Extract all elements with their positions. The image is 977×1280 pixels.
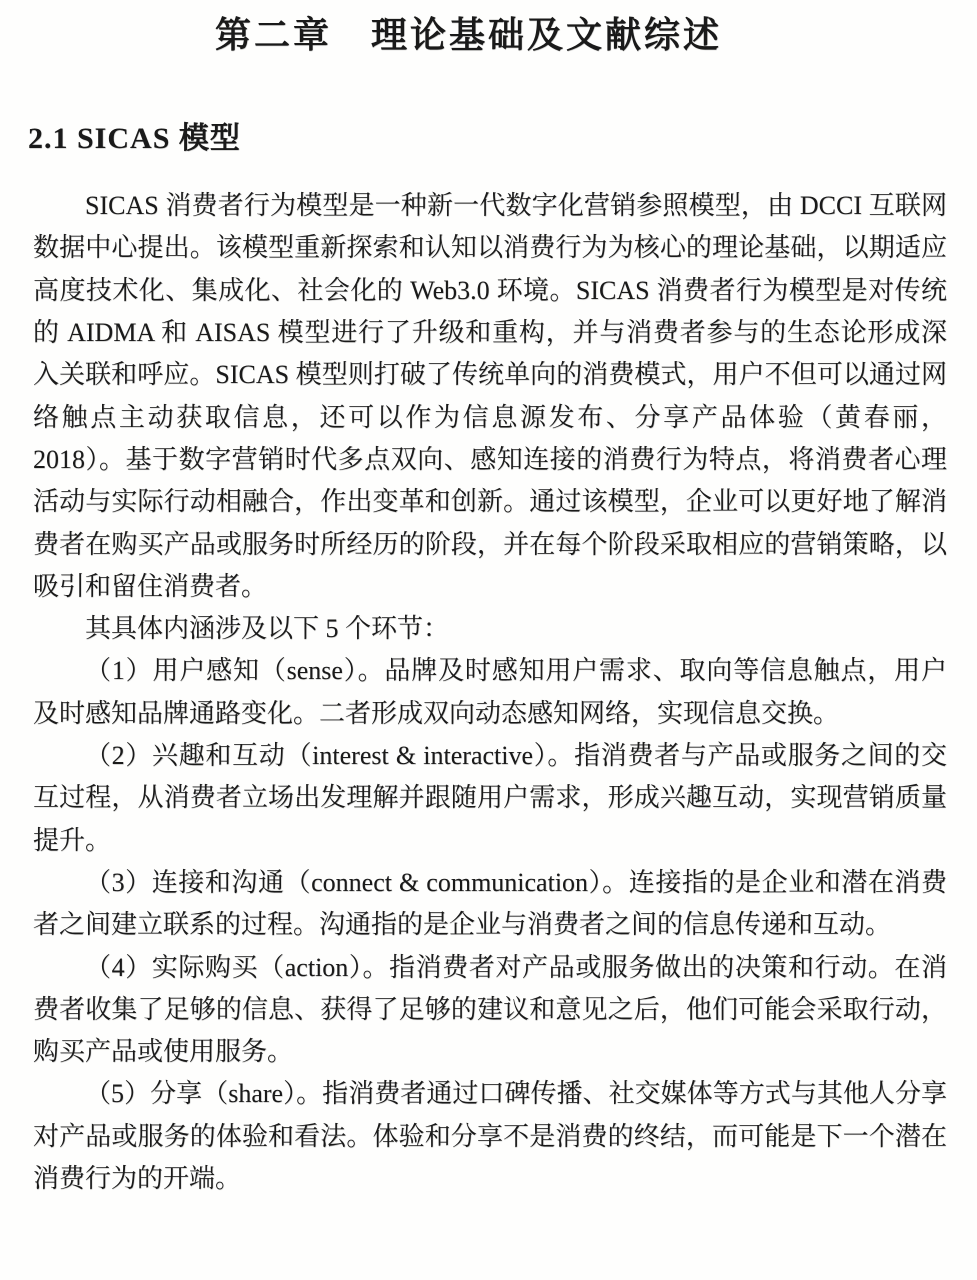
paragraph-lead-in: 其具体内涵涉及以下 5 个环节：	[33, 608, 947, 650]
paragraph-item-5-share: （5）分享（share）。指消费者通过口碑传播、社交媒体等方式与其他人分享对产品…	[33, 1073, 947, 1200]
paragraph-item-4-action: （4）实际购买（action）。指消费者对产品或服务做出的决策和行动。在消费者收…	[33, 947, 947, 1074]
section-heading: 2.1 SICAS 模型	[28, 121, 977, 157]
chapter-title: 第二章 理论基础及文献综述	[0, 14, 937, 57]
paragraph-item-1-sense: （1）用户感知（sense）。品牌及时感知用户需求、取向等信息触点，用户及时感知…	[33, 650, 947, 735]
body-text: SICAS 消费者行为模型是一种新一代数字化营销参照模型，由 DCCI 互联网数…	[33, 185, 947, 1200]
paragraph-item-3-connect-communication: （3）连接和沟通（connect & communication）。连接指的是企…	[33, 862, 947, 947]
document-page: 第二章 理论基础及文献综述 2.1 SICAS 模型 SICAS 消费者行为模型…	[0, 0, 977, 1280]
paragraph-intro: SICAS 消费者行为模型是一种新一代数字化营销参照模型，由 DCCI 互联网数…	[33, 185, 947, 608]
paragraph-item-2-interest-interactive: （2）兴趣和互动（interest & interactive）。指消费者与产品…	[33, 735, 947, 862]
